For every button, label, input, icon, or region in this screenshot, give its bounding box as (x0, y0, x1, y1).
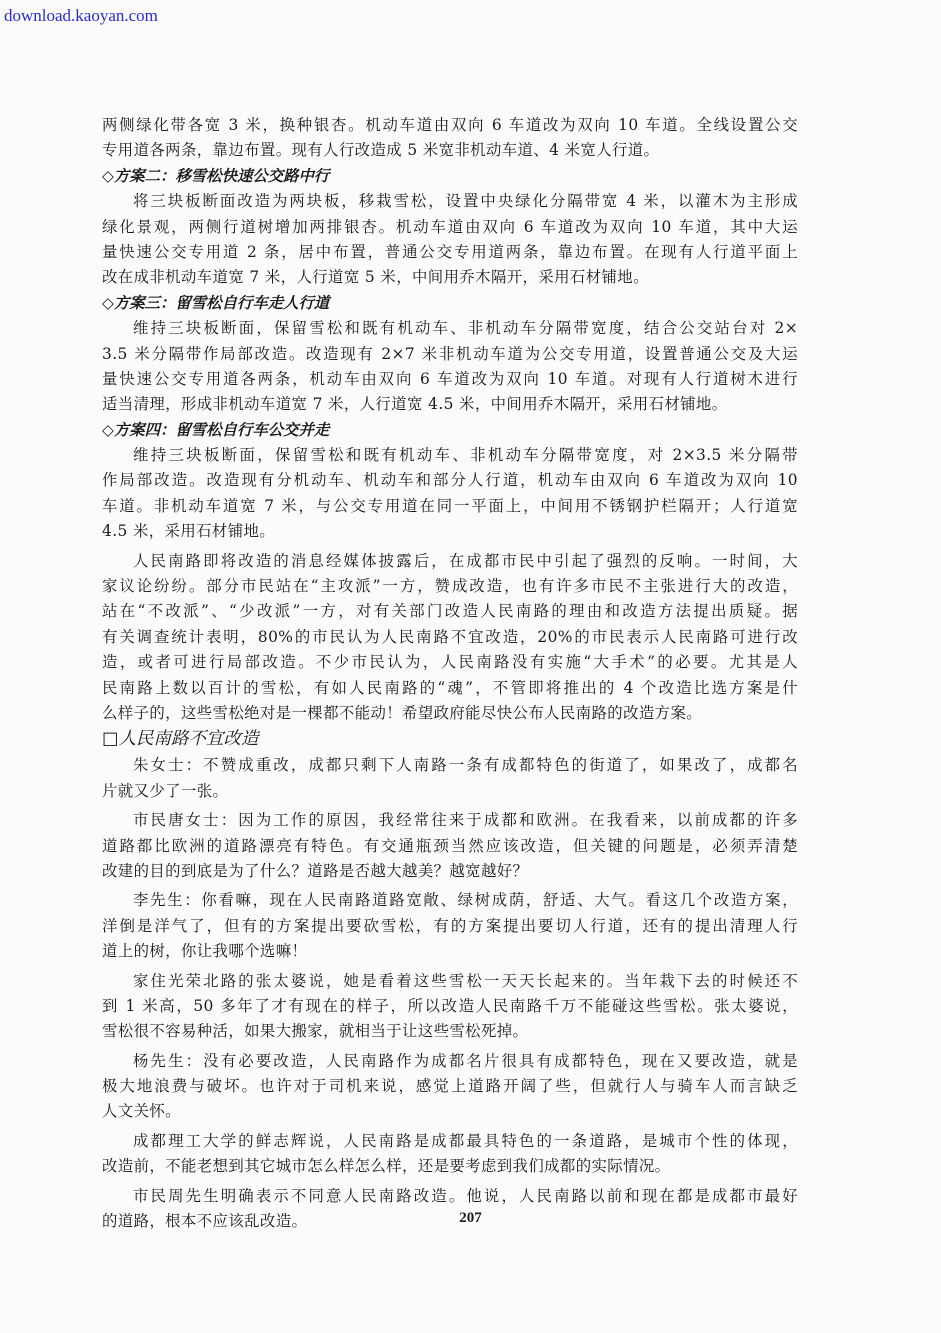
text-line: 人民南路即将改造的消息经媒体披露后，在成都市民中引起了强烈的反响。一时间，大 (102, 549, 798, 574)
text-line: 改造前，不能老想到其它城市怎么样怎么样，还是要考虑到我们成都的实际情况。 (102, 1154, 798, 1179)
page-body: 两侧绿化带各宽 3 米，换种银杏。机动车道由双向 6 车道改为双向 10 车道。… (102, 113, 798, 1234)
text-line: 车道。非机动车道宽 7 米，与公交专用道在同一平面上，中间用不锈钢护栏隔开；人行… (102, 494, 798, 519)
text-line: 维持三块板断面，保留雪松和既有机动车、非机动车分隔带宽度，结合公交站台对 2× (102, 316, 798, 341)
text-line: 作局部改造。改造现有分机动车、机动车和部分人行道，机动车由双向 6 车道改为双向… (102, 468, 798, 493)
section-heading-plan-2: ◇方案二：移雪松快速公交路中行 (102, 164, 798, 189)
text-line: 李先生：你看嘛，现在人民南路道路宽敞、绿树成荫，舒适、大气。看这几个改造方案， (102, 888, 798, 913)
text-line: 改在成非机动车道宽 7 米，人行道宽 5 米，中间用乔木隔开，采用石材铺地。 (102, 265, 798, 290)
text-line: 道路都比欧洲的道路漂亮有特色。有交通瓶颈当然应该改造，但关键的问题是，必须弄清楚 (102, 834, 798, 859)
text-line: 市民周先生明确表示不同意人民南路改造。他说，人民南路以前和现在都是成都市最好 (102, 1184, 798, 1209)
text-line: 站在“不改派”、“少改派”一方，对有关部门改造人民南路的理由和改造方法提出质疑。… (102, 599, 798, 624)
text-line: 绿化景观，两侧行道树增加两排银杏。机动车道由双向 6 车道改为双向 10 车道，… (102, 215, 798, 240)
text-line: 洋倒是洋气了，但有的方案提出要砍雪松，有的方案提出要切人行道，还有的提出清理人行 (102, 914, 798, 939)
text-line: 适当清理，形成非机动车道宽 7 米，人行道宽 4.5 米，中间用乔木隔开，采用石… (102, 392, 798, 417)
text-line: 4.5 米，采用石材铺地。 (102, 519, 798, 544)
text-line: 朱女士：不赞成重改，成都只剩下人南路一条有成都特色的街道了，如果改了，成都名 (102, 753, 798, 778)
text-line: 极大地浪费与破坏。也许对于司机来说，感觉上道路开阔了些，但就行人与骑车人而言缺乏 (102, 1074, 798, 1099)
watermark-link[interactable]: download.kaoyan.com (4, 6, 158, 26)
text-line: 片就又少了一张。 (102, 779, 798, 804)
text-line: 成都理工大学的鲜志辉说，人民南路是成都最具特色的一条道路，是城市个性的体现， (102, 1129, 798, 1154)
text-line: 将三块板断面改造为两块板，移栽雪松，设置中央绿化分隔带宽 4 米，以灌木为主形成 (102, 189, 798, 214)
text-line: 杨先生：没有必要改造，人民南路作为成都名片很具有成都特色，现在又要改造，就是 (102, 1049, 798, 1074)
text-line: 道上的树，你让我哪个选嘛！ (102, 939, 798, 964)
text-line: 改建的目的到底是为了什么？道路是否越大越美？越宽越好？ (102, 859, 798, 884)
text-line: 维持三块板断面，保留雪松和既有机动车、非机动车分隔带宽度，对 2×3.5 米分隔… (102, 443, 798, 468)
text-line: 量快速公交专用道 2 条，居中布置，普通公交专用道两条，靠边布置。在现有人行道平… (102, 240, 798, 265)
text-line: 量快速公交专用道各两条，机动车由双向 6 车道改为双向 10 车道。对现有人行道… (102, 367, 798, 392)
text-line: 家议论纷纷。部分市民站在“主攻派”一方，赞成改造，也有许多市民不主张进行大的改造… (102, 574, 798, 599)
text-line: 民南路上数以百计的雪松，有如人民南路的“魂”，不管即将推出的 4 个改造比选方案… (102, 676, 798, 701)
page-number: 207 (0, 1210, 941, 1227)
text-line: 有关调查统计表明，80%的市民认为人民南路不宜改造，20%的市民表示人民南路可进… (102, 625, 798, 650)
text-line: 雪松很不容易种活，如果大搬家，就相当于让这些雪松死掉。 (102, 1019, 798, 1044)
text-line: 到 1 米高，50 多年了才有现在的样子，所以改造人民南路千万不能碰这些雪松。张… (102, 994, 798, 1019)
section-heading-plan-3: ◇方案三：留雪松自行车走人行道 (102, 291, 798, 316)
text-line: 专用道各两条，靠边布置。现有人行改造成 5 米宽非机动车道、4 米宽人行道。 (102, 138, 798, 163)
text-line: 么样子的，这些雪松绝对是一棵都不能动！希望政府能尽快公布人民南路的改造方案。 (102, 701, 798, 726)
text-line: 家住光荣北路的张太婆说，她是看着这些雪松一天天长起来的。当年栽下去的时候还不 (102, 969, 798, 994)
text-line: 人文关怀。 (102, 1099, 798, 1124)
text-line: 3.5 米分隔带作局部改造。改造现有 2×7 米非机动车道为公交专用道，设置普通… (102, 342, 798, 367)
text-line: 造，或者可进行局部改造。不少市民认为，人民南路没有实施“大手术”的必要。尤其是人 (102, 650, 798, 675)
text-line: 市民唐女士：因为工作的原因，我经常往来于成都和欧洲。在我看来，以前成都的许多 (102, 808, 798, 833)
section-heading-plan-4: ◇方案四：留雪松自行车公交并走 (102, 418, 798, 443)
text-line: 两侧绿化带各宽 3 米，换种银杏。机动车道由双向 6 车道改为双向 10 车道。… (102, 113, 798, 138)
section-heading-not-suitable: □人民南路不宜改造 (102, 726, 798, 753)
